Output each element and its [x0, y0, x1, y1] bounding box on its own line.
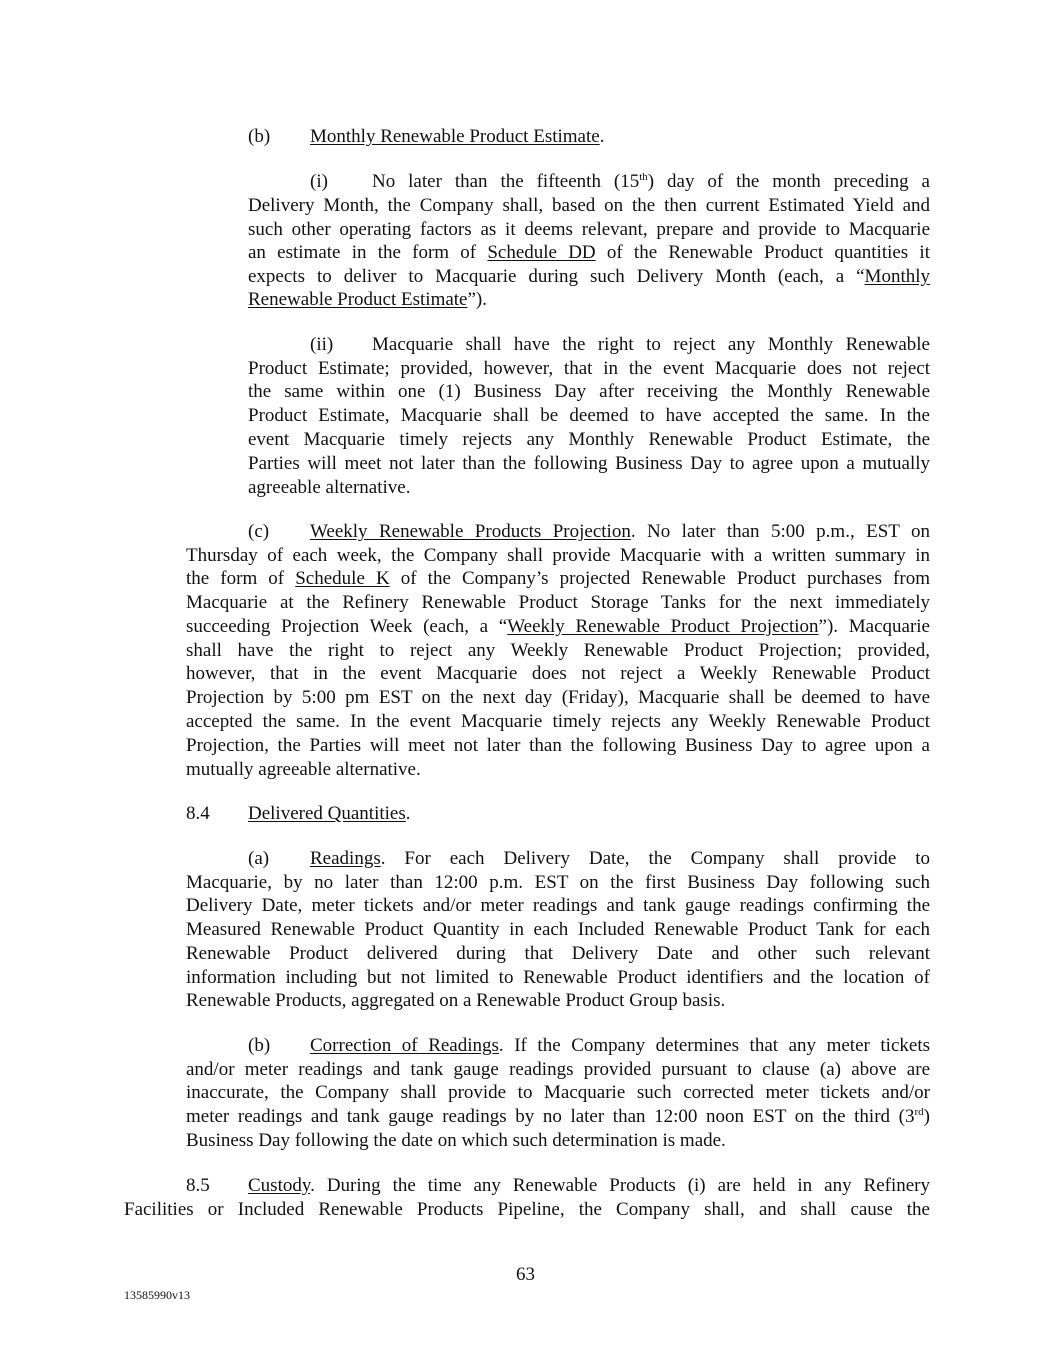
text-line: an estimate in the form of Schedule DD o… [248, 241, 930, 265]
text: ) day of the month preceding a [648, 171, 930, 192]
text-line: inaccurate, the Company shall provide to… [186, 1081, 930, 1105]
section-title: Custody [248, 1175, 310, 1196]
text-line: (a)Readings. For each Delivery Date, the… [248, 847, 930, 871]
section-title: Correction of Readings [310, 1035, 499, 1056]
text-line: succeeding Projection Week (each, a “Wee… [186, 615, 930, 639]
text-line: Delivery Date, meter tickets and/or mete… [186, 894, 930, 918]
punct: . [406, 803, 411, 824]
text-line: Renewable Product delivered during that … [186, 942, 930, 966]
text-line: Facilities or Included Renewable Product… [124, 1198, 930, 1222]
text-line: agreeable alternative. [248, 476, 410, 500]
page-number: 63 [516, 1264, 535, 1286]
section-title: Readings [310, 848, 381, 869]
text: ) [924, 1106, 930, 1127]
text: succeeding Projection Week (each, a “ [186, 616, 507, 637]
section-title: Delivered Quantities [248, 803, 406, 824]
text-line: accepted the same. In the event Macquari… [186, 710, 930, 734]
text-line: shall have the right to reject any Weekl… [186, 639, 930, 663]
section-b-heading: (b)Monthly Renewable Product Estimate. [248, 125, 604, 149]
section-8-4-heading: 8.4Delivered Quantities. [186, 802, 411, 826]
item-label: (ii) [310, 333, 372, 357]
text-line: Thursday of each week, the Company shall… [186, 544, 930, 568]
text: . If the Company determines that any met… [499, 1035, 930, 1056]
schedule-dd-link[interactable]: Schedule DD [487, 242, 595, 263]
text: ”). Macquarie [819, 616, 930, 637]
text-line: Product Estimate, Macquarie shall be dee… [248, 404, 930, 428]
text-line: however, that in the event Macquarie doe… [186, 662, 930, 686]
text-line: 8.5Custody. During the time any Renewabl… [186, 1174, 930, 1198]
superscript: th [639, 171, 648, 183]
text-line: information including but not limited to… [186, 966, 930, 990]
text-line: (ii)Macquarie shall have the right to re… [310, 333, 930, 357]
section-title: Weekly Renewable Products Projection [310, 521, 631, 542]
text-line: such other operating factors as it deems… [248, 218, 930, 242]
section-number: 8.5 [186, 1174, 248, 1198]
text: the form of [186, 568, 295, 589]
text-line: (c)Weekly Renewable Products Projection.… [248, 520, 930, 544]
text: of the Renewable Product quantities it [596, 242, 930, 263]
item-label: (b) [248, 1034, 310, 1058]
text-line: expects to deliver to Macquarie during s… [248, 265, 930, 289]
text-line: Projection, the Parties will meet not la… [186, 734, 930, 758]
text: an estimate in the form of [248, 242, 487, 263]
defined-term: Renewable Product Estimate [248, 289, 468, 310]
text: of the Company’s projected Renewable Pro… [390, 568, 930, 589]
text-line: Renewable Products, aggregated on a Rene… [186, 989, 725, 1013]
text-line: Macquarie at the Refinery Renewable Prod… [186, 591, 930, 615]
text: ”). [468, 289, 488, 310]
defined-term: Weekly Renewable Product Projection [507, 616, 818, 637]
superscript: rd [915, 1106, 924, 1118]
text-line: (b)Correction of Readings. If the Compan… [248, 1034, 930, 1058]
text: No later than the fifteenth (15 [372, 171, 639, 192]
text-line: Macquarie, by no later than 12:00 p.m. E… [186, 871, 930, 895]
text-line: Delivery Month, the Company shall, based… [248, 194, 930, 218]
schedule-k-link[interactable]: Schedule K [295, 568, 389, 589]
text-line: Parties will meet not later than the fol… [248, 452, 930, 476]
text: . No later than 5:00 p.m., EST on [631, 521, 930, 542]
text-line: (i)No later than the fifteenth (15th) da… [310, 170, 930, 194]
text: Macquarie shall have the right to reject… [372, 334, 930, 355]
text-line: mutually agreeable alternative. [186, 758, 421, 782]
text-line: Business Day following the date on which… [186, 1129, 726, 1153]
defined-term: Monthly [865, 266, 930, 287]
item-label: (i) [310, 170, 372, 194]
section-label: (c) [248, 520, 310, 544]
text-line: Renewable Product Estimate”). [248, 288, 487, 312]
text: meter readings and tank gauge readings b… [186, 1106, 915, 1127]
text-line: event Macquarie timely rejects any Month… [248, 428, 930, 452]
item-label: (a) [248, 847, 310, 871]
document-id: 13585990v13 [124, 1288, 190, 1303]
text-line: the form of Schedule K of the Company’s … [186, 567, 930, 591]
text-line: meter readings and tank gauge readings b… [186, 1105, 930, 1129]
text-line: the same within one (1) Business Day aft… [248, 380, 930, 404]
text-line: Projection by 5:00 pm EST on the next da… [186, 686, 930, 710]
punct: . [600, 126, 605, 147]
section-title: Monthly Renewable Product Estimate [310, 126, 600, 147]
text-line: Measured Renewable Product Quantity in e… [186, 918, 930, 942]
text: . During the time any Renewable Products… [310, 1175, 930, 1196]
text-line: Product Estimate; provided, however, tha… [248, 357, 930, 381]
section-number: 8.4 [186, 802, 248, 826]
section-label: (b) [248, 125, 310, 149]
text-line: and/or meter readings and tank gauge rea… [186, 1058, 930, 1082]
text: expects to deliver to Macquarie during s… [248, 266, 865, 287]
text: . For each Delivery Date, the Company sh… [381, 848, 930, 869]
